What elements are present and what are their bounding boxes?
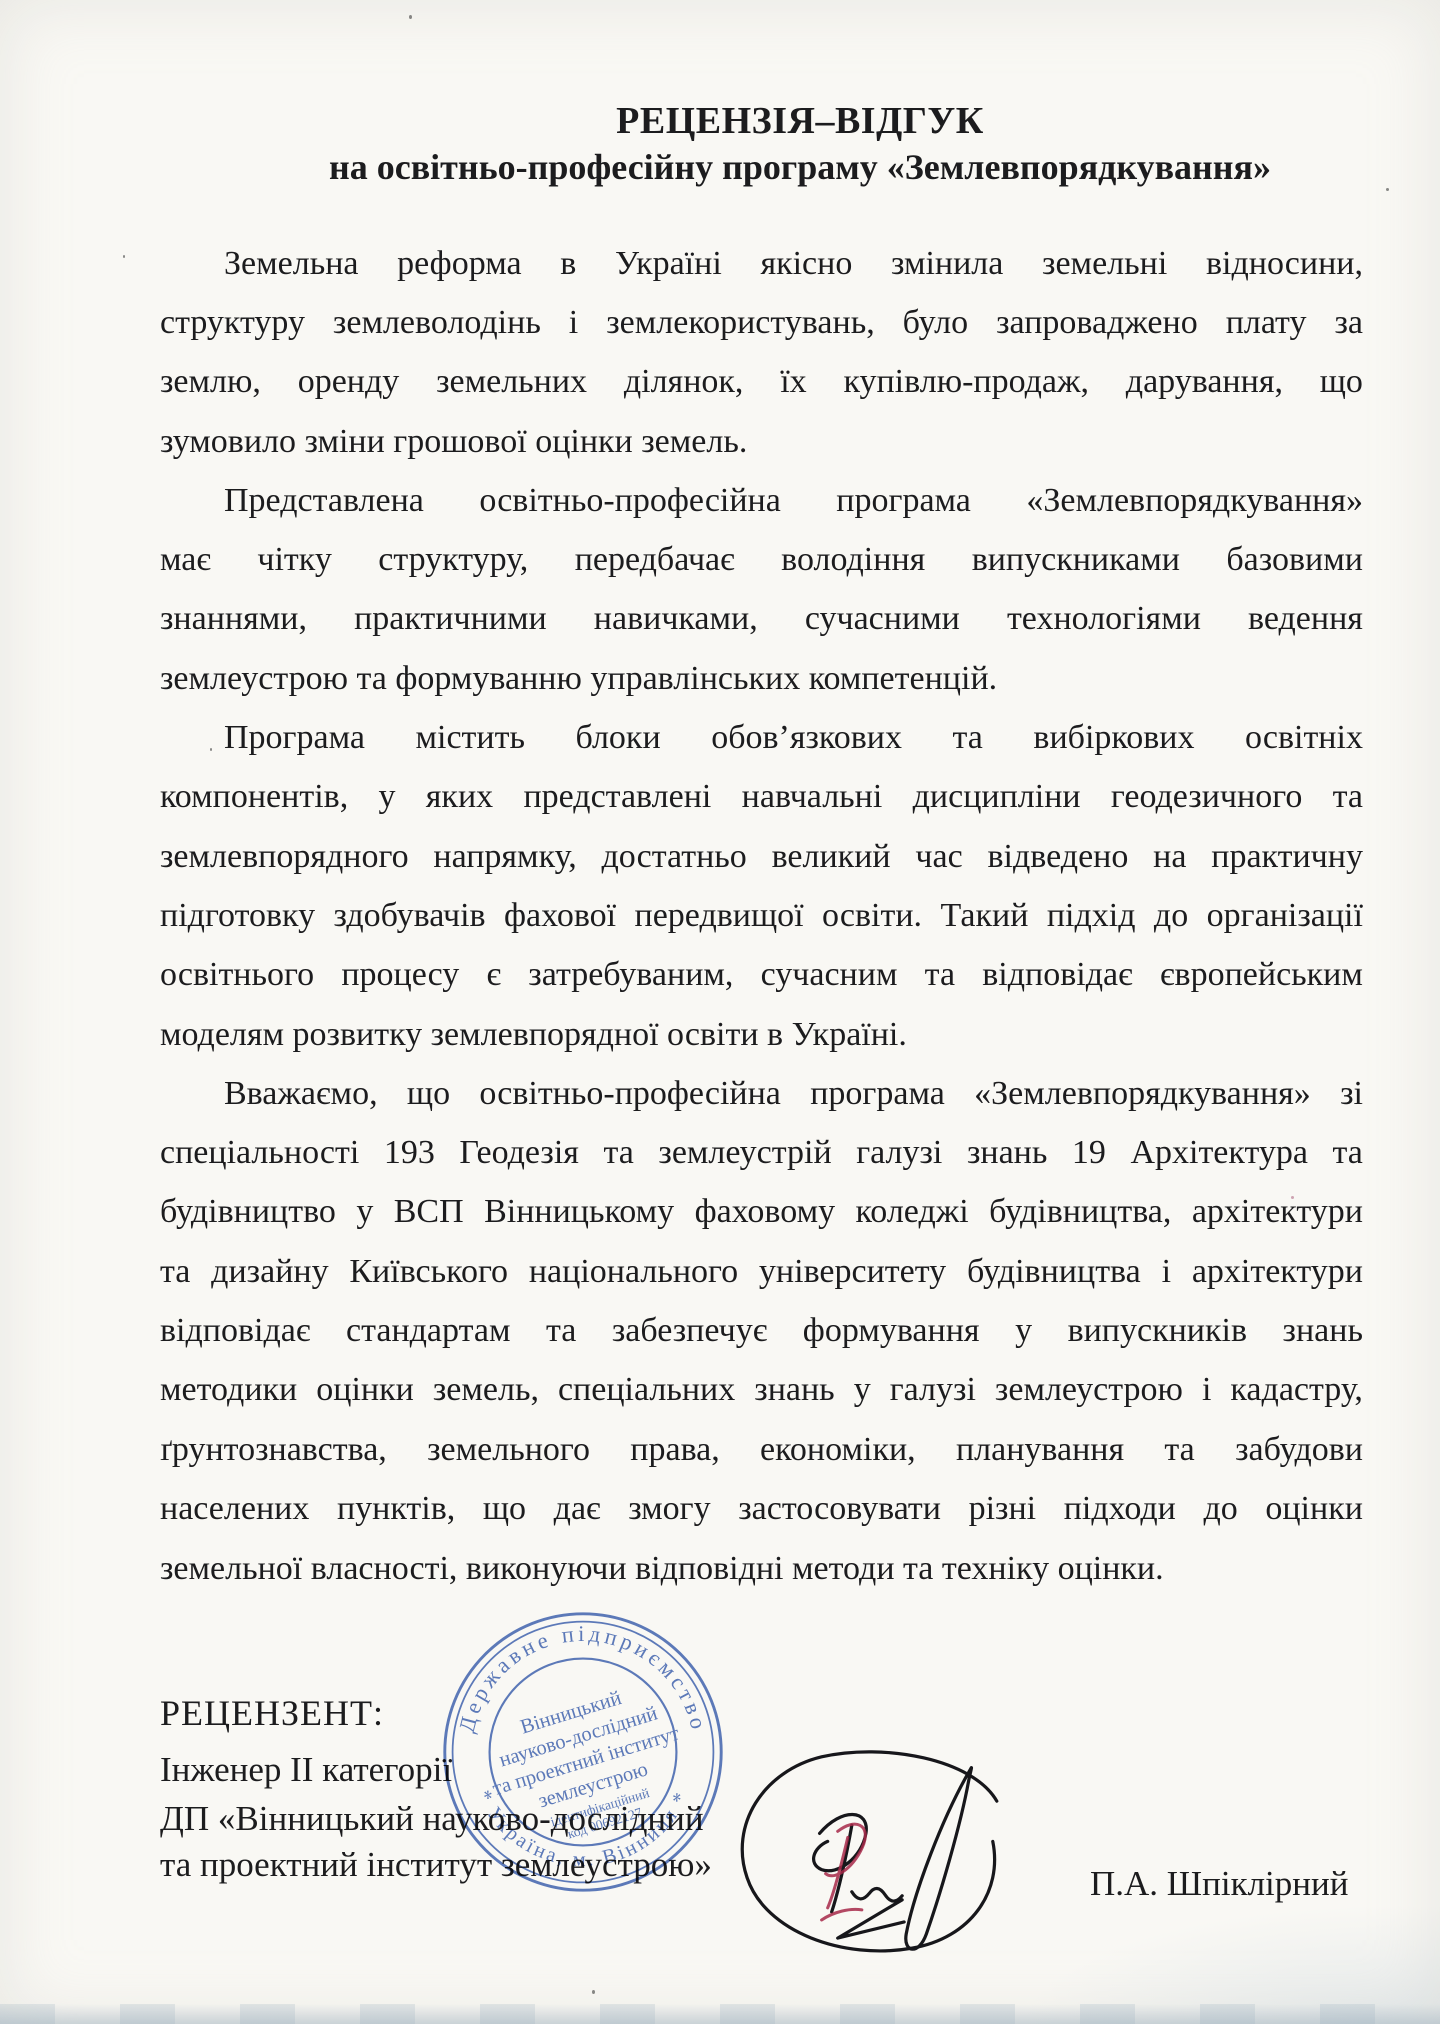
scan-edge-artifact bbox=[0, 2004, 1440, 2024]
signature-squiggle-stroke bbox=[852, 1888, 902, 1901]
text-line: ґрунтознавства,земельногоправа,економіки… bbox=[160, 1420, 1363, 1479]
paragraph: ЗемельнареформавУкраїніякіснозмінилаземе… bbox=[160, 234, 1363, 471]
text-line: землеустрою та формуванню управлінських … bbox=[160, 649, 1363, 708]
text-line: моделям розвитку землевпорядної освіти в… bbox=[160, 1005, 1363, 1064]
handwritten-signature bbox=[733, 1740, 1025, 1968]
text-line: Представленаосвітньо-професійнапрограма«… bbox=[160, 471, 1363, 530]
document-title: РЕЦЕНЗІЯ–ВІДГУК bbox=[240, 98, 1360, 144]
text-line: відповідаєстандартамтазабезпечуєформуван… bbox=[160, 1301, 1363, 1360]
text-line: спеціальності193Геодезіятаземлеустрійгал… bbox=[160, 1123, 1363, 1182]
text-line: землевпорядногонапрямку,достатньовеликий… bbox=[160, 827, 1363, 886]
text-line: землю,орендуземельнихділянок,їхкупівлю-п… bbox=[160, 353, 1363, 412]
scan-speck bbox=[592, 1990, 595, 1994]
paragraph: Представленаосвітньо-професійнапрограма«… bbox=[160, 471, 1363, 708]
scan-speck bbox=[123, 255, 125, 258]
scan-speck bbox=[409, 15, 412, 19]
text-line: компонентів,уякихпредставленінавчальніди… bbox=[160, 768, 1363, 827]
text-line: ЗемельнареформавУкраїніякіснозмінилаземе… bbox=[160, 234, 1363, 293]
text-line: маєчіткуструктуру,передбачаєволодіннявип… bbox=[160, 530, 1363, 589]
text-line: Програмаміститьблокиобов’язковихтавибірк… bbox=[160, 708, 1363, 767]
signature-loop-stroke bbox=[906, 1768, 972, 1950]
document-subtitle: на освітньо-професійну програму «Землевп… bbox=[240, 144, 1360, 190]
document-title-block: РЕЦЕНЗІЯ–ВІДГУК на освітньо-професійну п… bbox=[240, 98, 1360, 190]
text-line: структуруземлеволодіньіземлекористувань,… bbox=[160, 293, 1363, 352]
text-line: Вважаємо,щоосвітньо-професійнапрограма«З… bbox=[160, 1064, 1363, 1123]
text-line: методикиоцінкиземель,спеціальнихзнаньуга… bbox=[160, 1361, 1363, 1420]
text-line: земельної власності, виконуючи відповідн… bbox=[160, 1539, 1363, 1598]
scan-speck bbox=[210, 748, 212, 751]
reviewer-label: РЕЦЕНЗЕНТ: bbox=[160, 1692, 384, 1734]
text-line: освітньогопроцесуєзатребуваним,сучаснимт… bbox=[160, 946, 1363, 1005]
official-round-stamp: Державне підприємство * Україна, м. Вінн… bbox=[437, 1606, 729, 1898]
text-line: населенихпунктів,щодаєзмогузастосовувати… bbox=[160, 1479, 1363, 1538]
scan-speck bbox=[1386, 188, 1389, 191]
paragraph: Вважаємо,щоосвітньо-професійнапрограма«З… bbox=[160, 1064, 1363, 1598]
text-line: зумовило зміни грошової оцінки земель. bbox=[160, 412, 1363, 471]
scanned-document-page: РЕЦЕНЗІЯ–ВІДГУК на освітньо-професійну п… bbox=[0, 0, 1440, 2024]
reviewer-position-line: Інженер ІІ категорії bbox=[160, 1750, 452, 1790]
reviewer-name: П.А. Шпіклірний bbox=[1090, 1864, 1348, 1904]
text-line: будівництвоуВСПВінницькомуфаховомуколедж… bbox=[160, 1183, 1363, 1242]
text-line: тадизайнуКиївськогонаціональногоуніверси… bbox=[160, 1242, 1363, 1301]
text-line: підготовкуздобувачівфаховоїпередвищоїосв… bbox=[160, 886, 1363, 945]
signature-zigzag-stroke bbox=[838, 1900, 904, 1938]
text-line: знаннями,практичниминавичками,сучаснимит… bbox=[160, 590, 1363, 649]
scan-speck bbox=[1291, 1196, 1294, 1199]
paragraph: Програмаміститьблокиобов’язковихтавибірк… bbox=[160, 708, 1363, 1064]
document-body: ЗемельнареформавУкраїніякіснозмінилаземе… bbox=[160, 234, 1363, 1598]
